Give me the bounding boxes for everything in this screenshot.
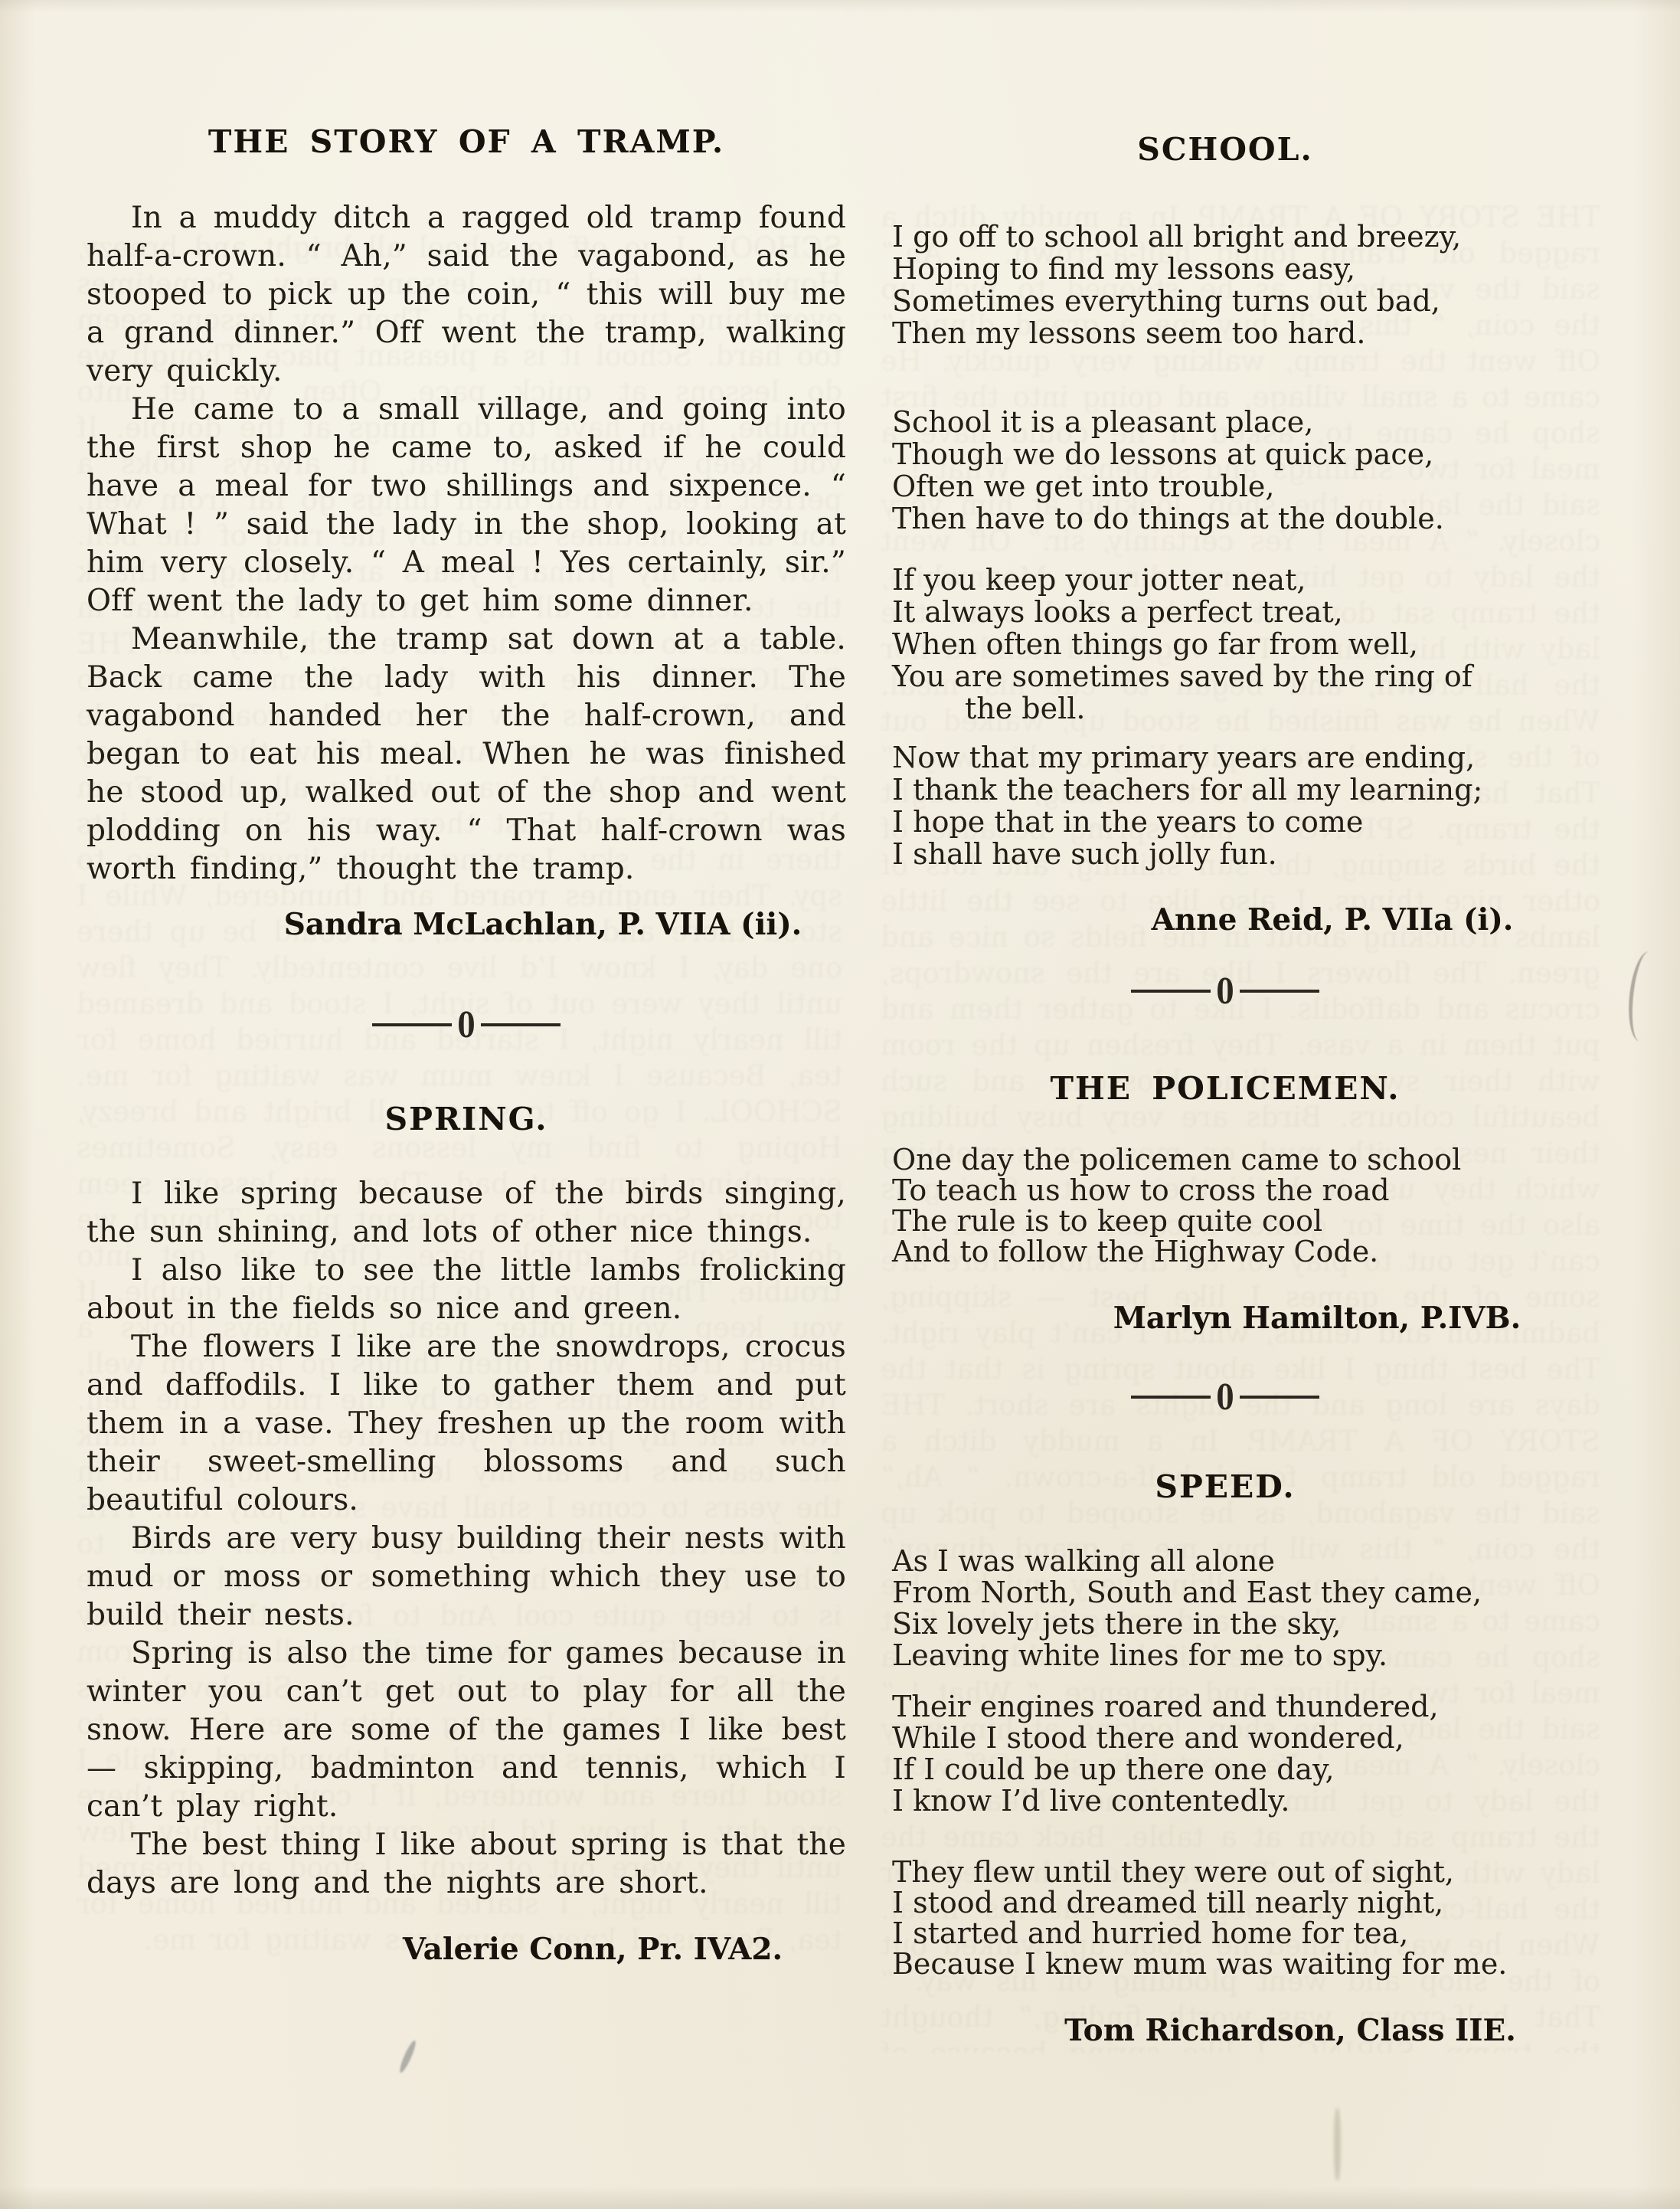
left-column: THE STORY OF A TRAMP. In a muddy ditch a… bbox=[87, 123, 846, 1968]
article-speed: SPEED. As I was walking all alone From N… bbox=[892, 1468, 1558, 2050]
poem-line: And to follow the Highway Code. bbox=[892, 1236, 1558, 1267]
article-spring: SPRING. I like spring because of the bir… bbox=[87, 1100, 846, 1968]
right-column: SCHOOL. I go off to school all bright an… bbox=[892, 130, 1558, 2050]
divider-rule bbox=[1131, 990, 1211, 993]
poem-line: Now that my primary years are ending, bbox=[892, 741, 1558, 774]
poem-stanza: I go off to school all bright and breezy… bbox=[892, 221, 1558, 349]
poem-line: Then my lessons seem too hard. bbox=[892, 317, 1558, 349]
poem-line: Then have to do things at the double. bbox=[892, 502, 1558, 535]
poem-stanza: They flew until they were out of sight, … bbox=[892, 1857, 1558, 1979]
section-divider: 0 bbox=[892, 1382, 1558, 1412]
poem-stanza: Their engines roared and thundered, Whil… bbox=[892, 1691, 1558, 1817]
divider-rule bbox=[1240, 990, 1319, 993]
poem-line: I shall have such jolly fun. bbox=[892, 838, 1558, 870]
article-title: THE POLICEMEN. bbox=[892, 1069, 1558, 1108]
poem-stanza: If you keep your jotter neat, It always … bbox=[892, 564, 1558, 725]
poem-line: Hoping to find my lessons easy, bbox=[892, 253, 1558, 285]
poem-line: I go off to school all bright and breezy… bbox=[892, 221, 1558, 253]
poem-line: Because I knew mum was waiting for me. bbox=[892, 1949, 1558, 1979]
byline: Valerie Conn, Pr. IVA2. bbox=[87, 1930, 846, 1968]
paper-edge-shadow-top bbox=[0, 0, 1680, 12]
poem-line: While I stood there and wondered, bbox=[892, 1723, 1558, 1754]
article-school: SCHOOL. I go off to school all bright an… bbox=[892, 130, 1558, 939]
poem-line: the bell. bbox=[892, 692, 1558, 725]
poem-stanza: One day the policemen came to school To … bbox=[892, 1144, 1558, 1267]
poem-stanza: School it is a pleasant place, Though we… bbox=[892, 406, 1558, 535]
divider-ornament: 0 bbox=[1217, 974, 1234, 1009]
poem-line: They flew until they were out of sight, bbox=[892, 1857, 1558, 1887]
poem-line: Sometimes everything turns out bad, bbox=[892, 285, 1558, 317]
poem-line: Though we do lessons at quick pace, bbox=[892, 438, 1558, 470]
poem-line: I started and hurried home for tea, bbox=[892, 1918, 1558, 1949]
section-divider: 0 bbox=[87, 1010, 846, 1040]
scanned-magazine-page: SCHOOL. I go off to school all bright an… bbox=[0, 0, 1680, 2209]
poem-line: When often things go far from well, bbox=[892, 628, 1558, 660]
byline: Anne Reid, P. VIIa (i). bbox=[892, 901, 1558, 939]
poem-stanza: Now that my primary years are ending, I … bbox=[892, 741, 1558, 870]
divider-rule bbox=[481, 1023, 561, 1026]
paragraph: I also like to see the little lambs frol… bbox=[87, 1252, 846, 1328]
article-title: SCHOOL. bbox=[892, 130, 1558, 169]
poem-line: It always looks a perfect treat, bbox=[892, 596, 1558, 628]
byline: Sandra McLachlan, P. VIIA (ii). bbox=[87, 905, 846, 944]
divider-ornament: 0 bbox=[458, 1008, 476, 1042]
poem-line: Six lovely jets there in the sky, bbox=[892, 1608, 1558, 1640]
poem-stanza: As I was walking all alone From North, S… bbox=[892, 1546, 1558, 1671]
poem-line: Often we get into trouble, bbox=[892, 470, 1558, 502]
divider-rule bbox=[372, 1023, 452, 1026]
article-policemen: THE POLICEMEN. One day the policemen cam… bbox=[892, 1069, 1558, 1337]
poem-line: I know I’d live contentedly. bbox=[892, 1785, 1558, 1817]
poem-line: School it is a pleasant place, bbox=[892, 406, 1558, 438]
paragraph: He came to a small village, and going in… bbox=[87, 391, 846, 620]
article-title: SPRING. bbox=[87, 1100, 846, 1138]
poem-line: I stood and dreamed till nearly night, bbox=[892, 1887, 1558, 1918]
byline: Marlyn Hamilton, P.IVB. bbox=[892, 1299, 1558, 1337]
poem-line: To teach us how to cross the road bbox=[892, 1175, 1558, 1206]
poem-line: One day the policemen came to school bbox=[892, 1144, 1558, 1175]
byline: Tom Richardson, Class IIE. bbox=[892, 2011, 1558, 2050]
paragraph: The flowers I like are the snowdrops, cr… bbox=[87, 1328, 846, 1520]
poem-line: I hope that in the years to come bbox=[892, 806, 1558, 838]
section-divider: 0 bbox=[892, 976, 1558, 1006]
poem-line: If I could be up there one day, bbox=[892, 1754, 1558, 1785]
pen-mark bbox=[1625, 950, 1664, 1042]
article-story-of-a-tramp: THE STORY OF A TRAMP. In a muddy ditch a… bbox=[87, 123, 846, 944]
article-title: THE STORY OF A TRAMP. bbox=[87, 123, 846, 161]
article-title: SPEED. bbox=[892, 1468, 1558, 1506]
divider-rule bbox=[1240, 1396, 1319, 1399]
poem-line: Their engines roared and thundered, bbox=[892, 1691, 1558, 1723]
poem-line: The rule is to keep quite cool bbox=[892, 1206, 1558, 1236]
ink-smudge bbox=[397, 2039, 418, 2074]
paragraph: Spring is also the time for games becaus… bbox=[87, 1635, 846, 1826]
paragraph: Meanwhile, the tramp sat down at a table… bbox=[87, 620, 846, 889]
paragraph: The best thing I like about spring is th… bbox=[87, 1826, 846, 1903]
paragraph: I like spring because of the birds singi… bbox=[87, 1175, 846, 1252]
paper-smudge bbox=[1334, 2108, 1341, 2181]
divider-rule bbox=[1131, 1396, 1211, 1399]
poem-line: You are sometimes saved by the ring of bbox=[892, 660, 1558, 692]
paper-edge-shadow-bottom bbox=[0, 2186, 1680, 2209]
divider-ornament: 0 bbox=[1217, 1380, 1234, 1415]
paragraph: In a muddy ditch a ragged old tramp foun… bbox=[87, 199, 846, 391]
poem-line: As I was walking all alone bbox=[892, 1546, 1558, 1577]
poem-line: If you keep your jotter neat, bbox=[892, 564, 1558, 596]
poem-line: I thank the teachers for all my learning… bbox=[892, 774, 1558, 806]
poem-line: Leaving white lines for me to spy. bbox=[892, 1640, 1558, 1671]
poem-line: From North, South and East they came, bbox=[892, 1577, 1558, 1608]
paragraph: Birds are very busy building their nests… bbox=[87, 1520, 846, 1635]
